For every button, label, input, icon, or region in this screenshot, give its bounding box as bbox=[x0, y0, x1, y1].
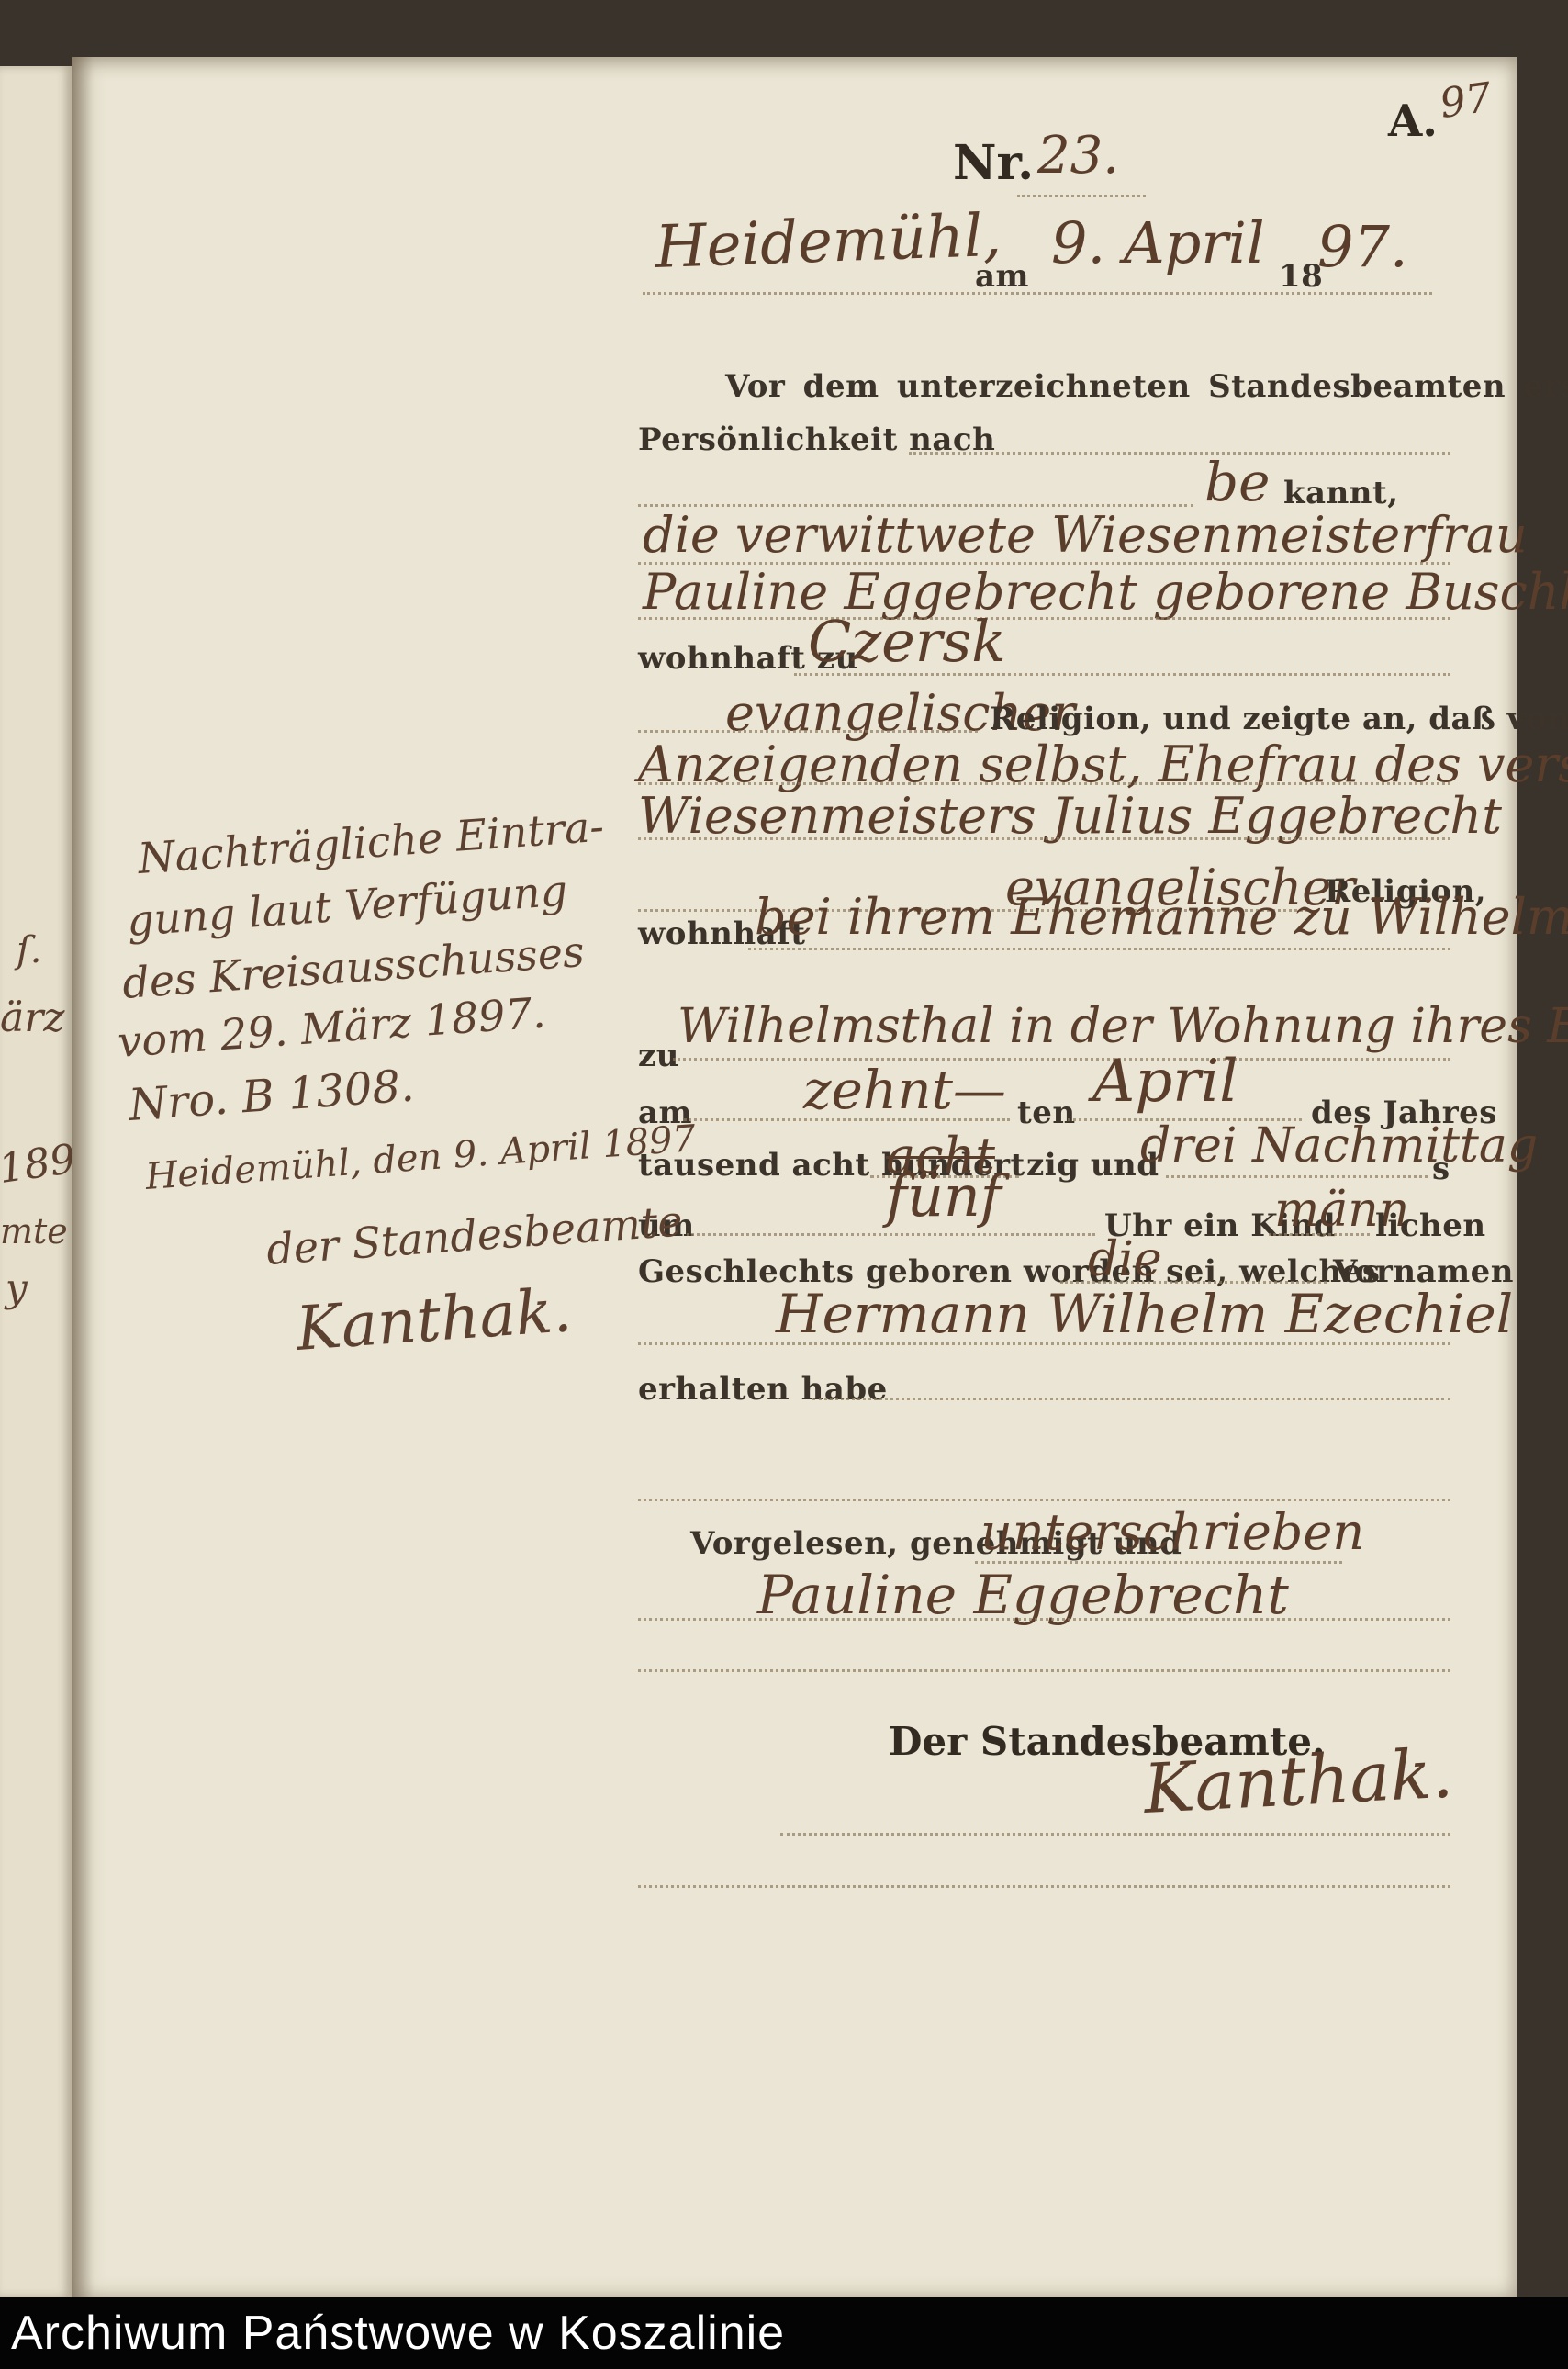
dotted-line bbox=[638, 1499, 1450, 1501]
edge-fragment: y bbox=[6, 1269, 28, 1308]
unterschrieben-hand: unterschrieben bbox=[980, 1508, 1364, 1557]
birthday-day: zehnt— bbox=[803, 1063, 1006, 1117]
birthday-month: April bbox=[1092, 1052, 1238, 1111]
dateline-place: Heidemühl, bbox=[655, 207, 1002, 277]
mother-signature: Pauline Eggebrecht bbox=[757, 1568, 1289, 1622]
birthplace-label: zu bbox=[638, 1040, 679, 1072]
dotted-line bbox=[638, 782, 1450, 785]
margin-signature: Kanthak. bbox=[294, 1280, 573, 1360]
dotted-line bbox=[748, 948, 1450, 950]
bekannt-hand-prefix: be bbox=[1204, 455, 1270, 509]
page-number-handwritten: 97 bbox=[1438, 78, 1495, 125]
dotted-line bbox=[794, 673, 1450, 676]
dotted-line bbox=[684, 1118, 1010, 1121]
s-suffix: s bbox=[1432, 1153, 1450, 1184]
record-number-label: Nr. bbox=[953, 140, 1034, 187]
hour-value: fünf bbox=[886, 1168, 1002, 1225]
lichen-label: lichen bbox=[1375, 1210, 1486, 1241]
mother-line2: Wiesenmeisters Julius Eggebrecht bbox=[638, 792, 1502, 841]
birthplace-value: Wilhelmsthal in der Wohnung ihres Eheman… bbox=[678, 1003, 1568, 1050]
birthday-ten-label: ten bbox=[1017, 1097, 1076, 1128]
dotted-line bbox=[780, 1833, 1450, 1836]
record-number-value: 23. bbox=[1037, 130, 1119, 182]
dotted-line bbox=[1017, 195, 1146, 197]
scanned-register-page: ſ. ärz 1897. mte y A. 97 Nr. 23. Heidemü… bbox=[0, 0, 1568, 2369]
intro-line1: Vor dem unterzeichneten Standesbeamten e… bbox=[725, 371, 1568, 402]
edge-fragment: mte bbox=[0, 1214, 68, 1249]
dateline-year: 97. bbox=[1317, 219, 1408, 275]
previous-page-edge: ſ. ärz 1897. mte y bbox=[0, 66, 72, 2297]
vornamen-article-hand: die bbox=[1088, 1236, 1162, 1284]
dateline-daymonth: 9. April bbox=[1051, 215, 1265, 272]
dotted-line bbox=[909, 452, 1450, 455]
dotted-line bbox=[638, 1618, 1450, 1621]
residence-value: Czersk bbox=[808, 613, 1006, 670]
dotted-line bbox=[638, 1669, 1450, 1672]
dotted-line bbox=[687, 1233, 1095, 1236]
dotted-line bbox=[1166, 1175, 1428, 1178]
declarant-line2: Pauline Eggebrecht geborene Buschke bbox=[643, 567, 1568, 617]
dotted-line bbox=[638, 1342, 1450, 1345]
series-letter: A. bbox=[1388, 99, 1438, 143]
registrar-signature: Kanthak. bbox=[1142, 1739, 1454, 1824]
residence2-value: bei ihrem Ehemanne zu Wilhelmsthal. bbox=[755, 893, 1568, 942]
edge-fragment: ſ. bbox=[17, 932, 42, 969]
religion1-printed: Religion, und zeigte an, daß von der bbox=[990, 703, 1568, 735]
dotted-line bbox=[638, 837, 1450, 840]
bekannt-printed: kannt, bbox=[1283, 477, 1399, 509]
dotted-line bbox=[638, 617, 1450, 620]
given-names: Hermann Wilhelm Ezechiel bbox=[776, 1287, 1513, 1341]
edge-fragment: ärz bbox=[0, 998, 64, 1039]
dotted-line bbox=[638, 730, 978, 733]
dateline-am: am bbox=[975, 261, 1029, 292]
year-decade-hand: drei Nachmittag bbox=[1140, 1122, 1538, 1170]
dotted-line bbox=[638, 1885, 1450, 1888]
dotted-line bbox=[812, 1398, 1450, 1400]
archive-footer-bar: Archiwum Państwowe w Koszalinie bbox=[0, 2297, 1568, 2369]
dotted-line bbox=[643, 292, 1432, 295]
dotted-line bbox=[1269, 1233, 1370, 1236]
archive-footer-label: Archiwum Państwowe w Koszalinie bbox=[11, 2306, 785, 2361]
dotted-line bbox=[673, 1058, 1450, 1061]
intro-line2: Persönlichkeit nach bbox=[638, 424, 995, 455]
declarant-line1: die verwittwete Wiesenmeisterfrau bbox=[643, 511, 1528, 560]
book-gutter-shadow bbox=[72, 57, 94, 2297]
zig-und-label: zig und bbox=[1026, 1150, 1159, 1181]
